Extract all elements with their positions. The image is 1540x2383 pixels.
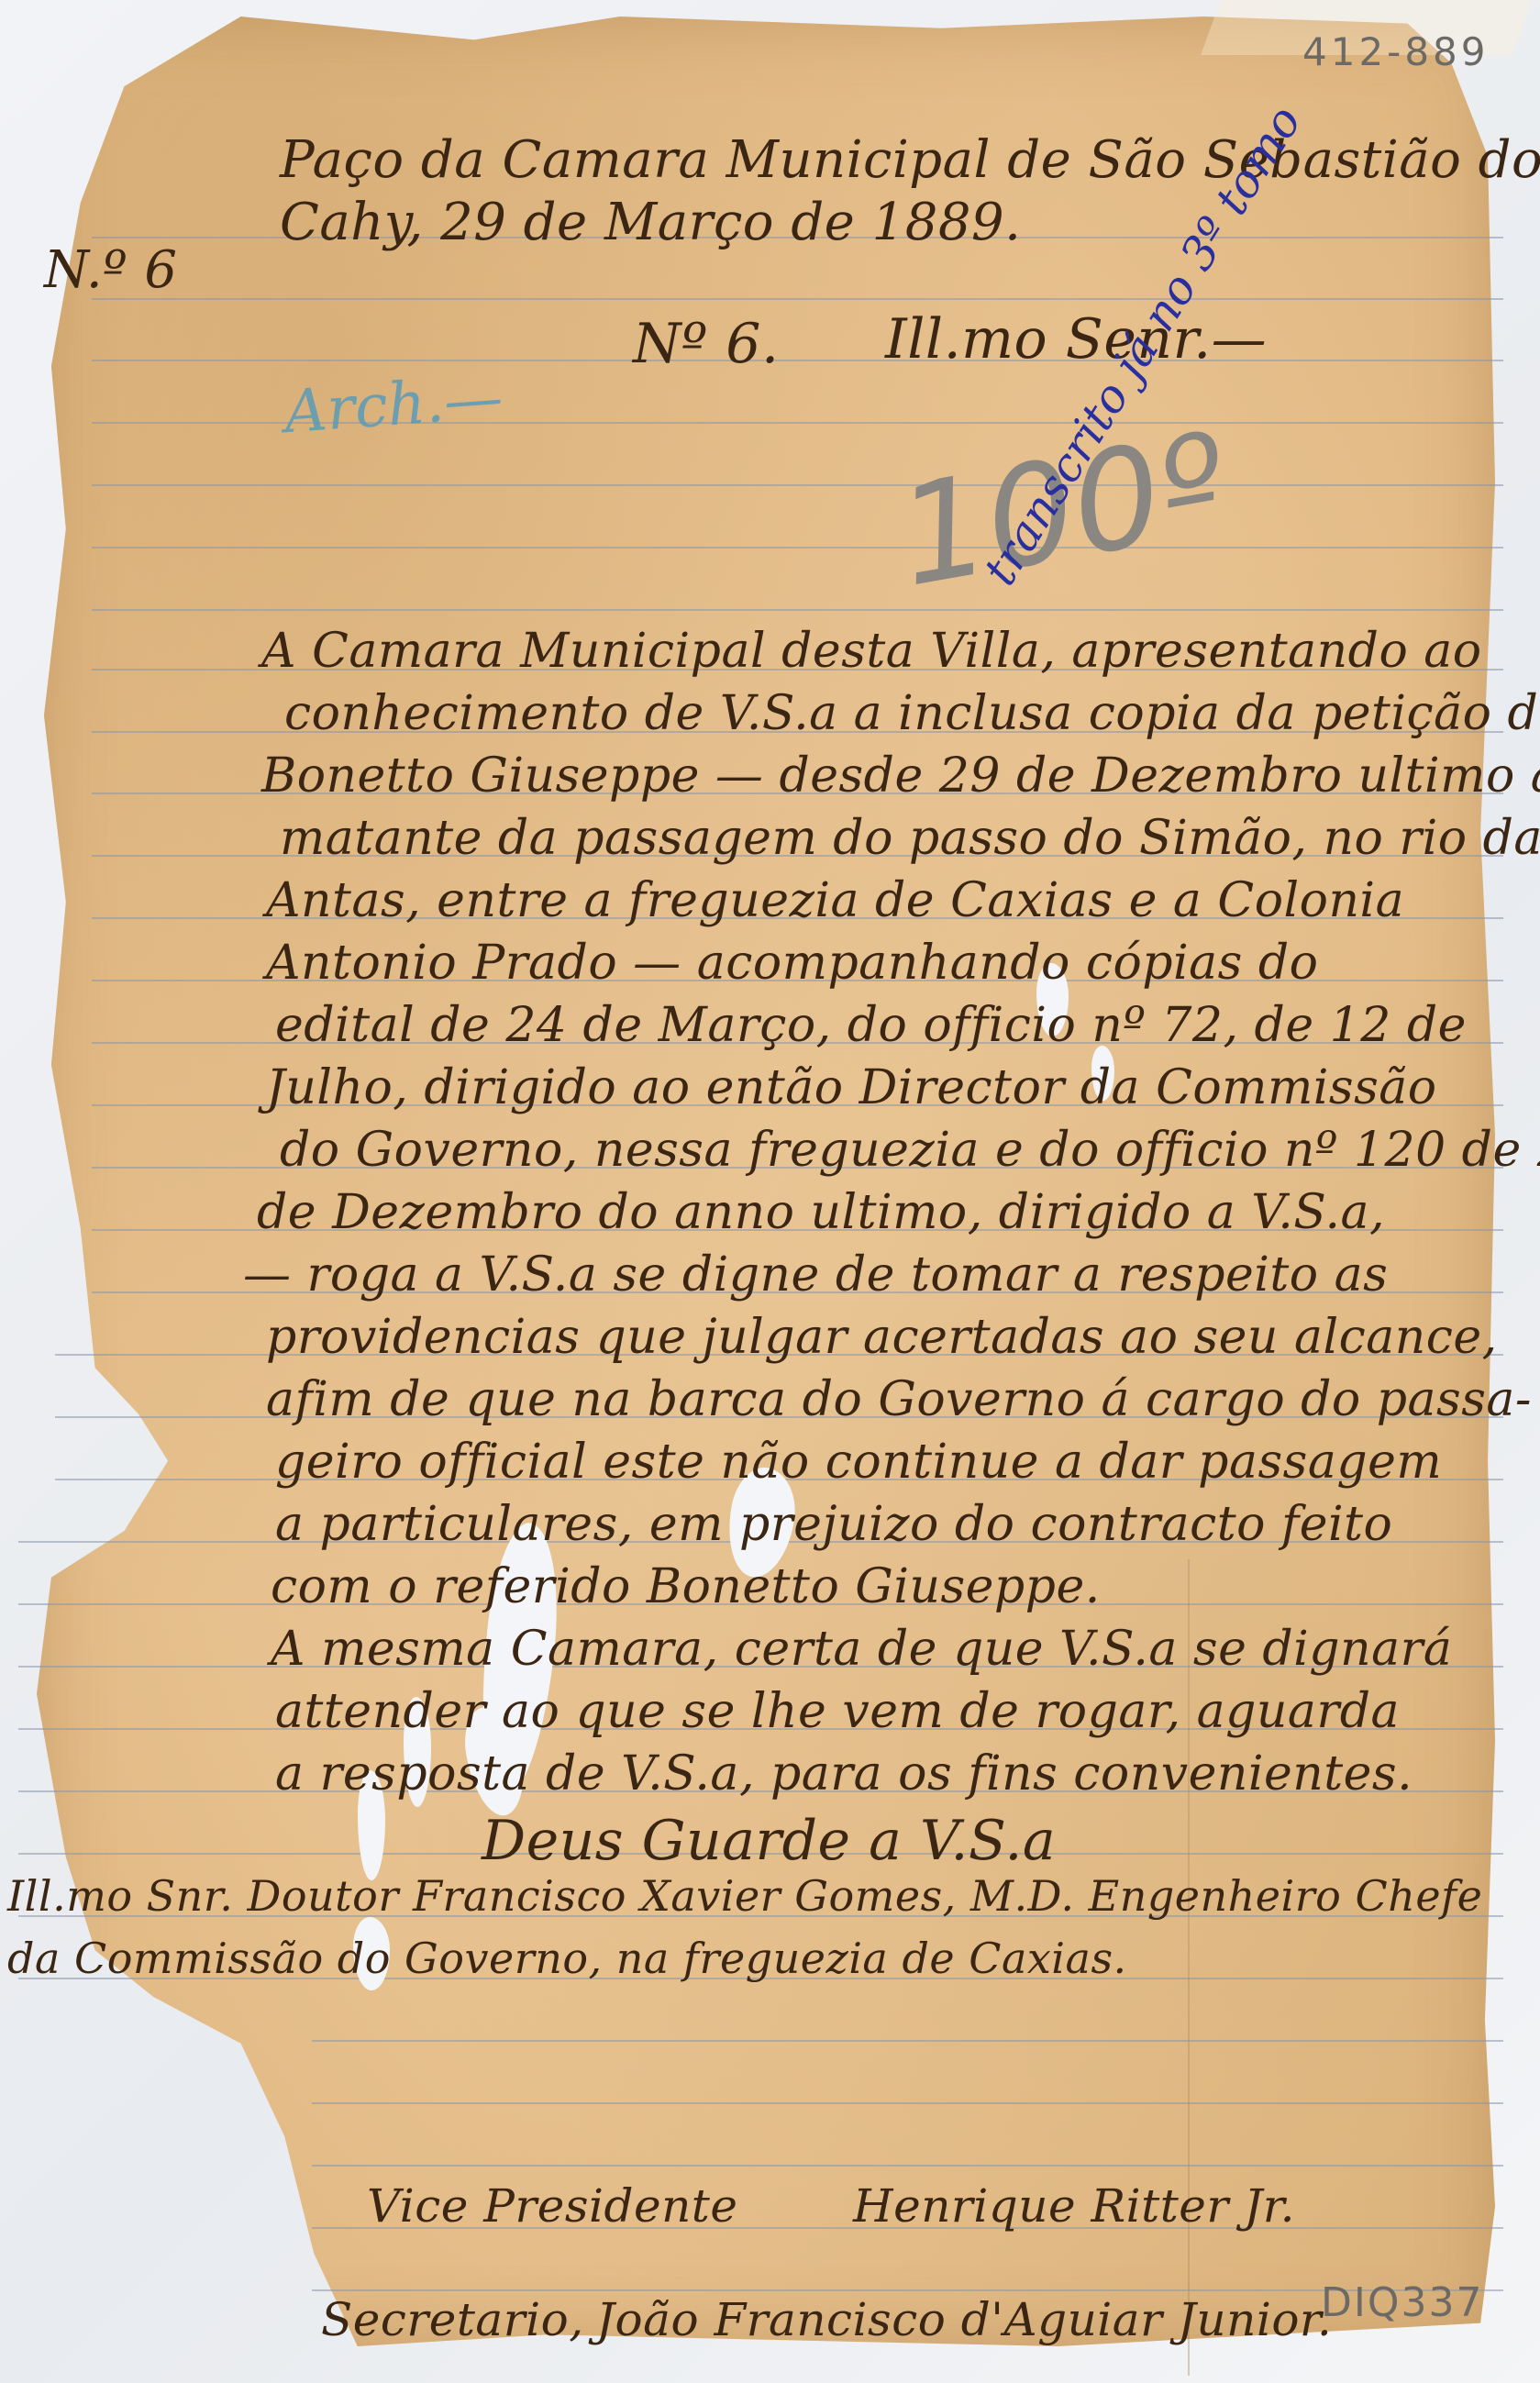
header-line-1: Paço da Camara Municipal de São Sebastiã… [280,130,1540,190]
body-line: matante da passagem do passo do Simão, n… [280,811,1540,866]
header-line-2: Cahy, 29 de Março de 1889. [280,193,1021,252]
body-line: afim de que na barca do Governo á cargo … [266,1372,1532,1427]
archive-reference-bottom: DIQ337 [1321,2279,1483,2326]
secretary-title: Secretario, [321,2293,584,2346]
body-line: A Camara Municipal desta Villa, apresent… [261,624,1482,679]
addressee-line-2: da Commissão do Governo, na freguezia de… [7,1934,1127,1983]
body-line: a particulares, em prejuizo do contracto… [275,1497,1392,1552]
paper-fold-crease [1188,1559,1190,2376]
salutation-number: Nº 6. [633,312,780,376]
body-line: Bonetto Giuseppe — desde 29 de Dezembro … [261,748,1540,804]
body-line: providencias que julgar acertadas ao seu… [266,1310,1498,1365]
body-line: attender ao que se lhe vem de rogar, agu… [275,1684,1400,1739]
vice-president-name: Henrique Ritter Jr. [853,2179,1295,2233]
body-line: Julho, dirigido ao então Director da Com… [266,1060,1437,1115]
secretary-name: João Francisco d'Aguiar Junior. [596,2293,1332,2346]
body-line: geiro official este não continue a dar p… [275,1435,1442,1490]
body-line: edital de 24 de Março, do officio nº 72,… [275,998,1467,1053]
salutation-greeting: Ill.mo Senr.— [885,307,1267,371]
closing-formula: Deus Guarde a V.S.a [482,1809,1056,1873]
body-line: Antas, entre a freguezia de Caxias e a C… [266,873,1404,928]
archive-reference-top: 412-889 [1302,29,1490,74]
body-line: — roga a V.S.a se digne de tomar a respe… [243,1247,1388,1302]
body-line: Antonio Prado — acompanhando cópias do [266,936,1319,991]
addressee-line-1: Ill.mo Snr. Doutor Francisco Xavier Gome… [7,1871,1482,1921]
vice-president-title: Vice Presidente [367,2179,737,2233]
body-line: do Governo, nessa freguezia e do officio… [280,1123,1540,1178]
body-line: de Dezembro do anno ultimo, dirigido a V… [257,1185,1385,1240]
margin-number: N.º 6 [44,240,177,300]
body-line: conhecimento de V.S.a a inclusa copia da… [284,686,1540,741]
body-line: A mesma Camara, certa de que V.S.a se di… [271,1622,1452,1677]
body-line: com o referido Bonetto Giuseppe. [271,1559,1101,1614]
body-line: a resposta de V.S.a, para os fins conven… [275,1746,1413,1801]
